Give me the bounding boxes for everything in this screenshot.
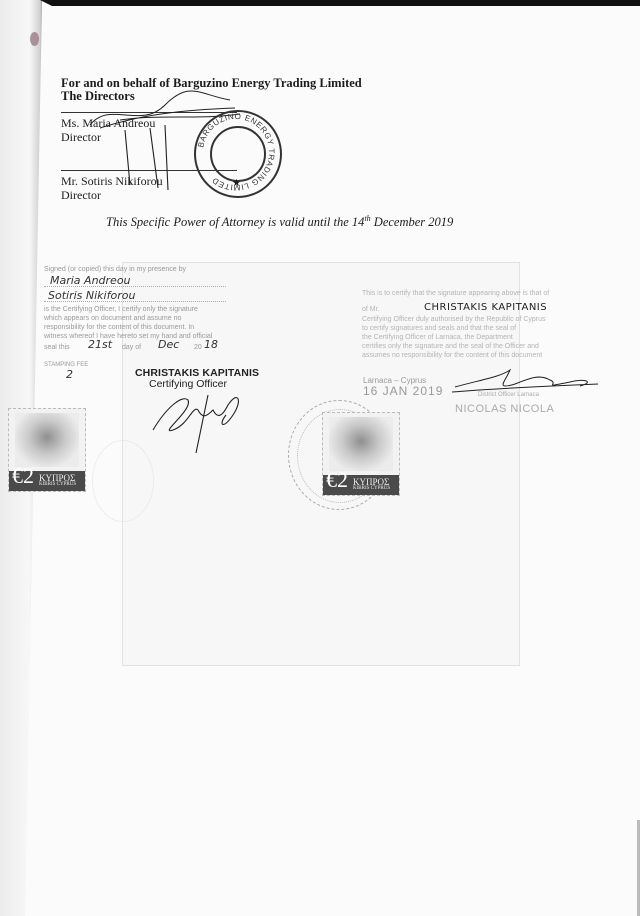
- revenue-stamp: €2 ΚΥΠΡΟΣ KIBRIS CYPRUS: [322, 412, 400, 496]
- coat-of-arms-icon: [329, 417, 393, 471]
- director-role: Director: [61, 188, 101, 203]
- handwritten-year: 18: [204, 338, 218, 351]
- directors-heading: The Directors: [61, 89, 135, 104]
- handwritten-month: Dec: [158, 338, 179, 351]
- coat-of-arms-icon: [15, 413, 79, 467]
- revenue-stamp: €2 ΚΥΠΡΟΣ KIBRIS CYPRUS: [8, 408, 86, 492]
- handwritten-day: 21st: [88, 338, 112, 351]
- handwritten-fee: 2: [66, 368, 73, 381]
- date-stamp: 16 JAN 2019: [363, 384, 443, 398]
- director-role: Director: [61, 130, 101, 145]
- seal-star-icon: ★: [232, 178, 241, 189]
- certifying-officer-role: Certifying Officer: [149, 378, 227, 390]
- validity-statement: This Specific Power of Attorney is valid…: [106, 214, 453, 230]
- district-officer-name: NICOLAS NICOLA: [455, 403, 554, 415]
- faded-seal: [92, 440, 154, 522]
- scan-edge: [40, 0, 640, 6]
- director-name: Ms. Maria Andreou: [61, 116, 155, 131]
- director-name: Mr. Sotiris Nikiforou: [61, 174, 163, 189]
- company-seal: BARGUZINO ENERGY TRADING LIMITED ★: [194, 110, 282, 198]
- certified-officer-name: CHRISTAKIS KAPITANIS: [424, 302, 547, 313]
- fold-mark: [30, 32, 39, 46]
- district-officer-caption: District Officer Larnaca: [478, 392, 539, 398]
